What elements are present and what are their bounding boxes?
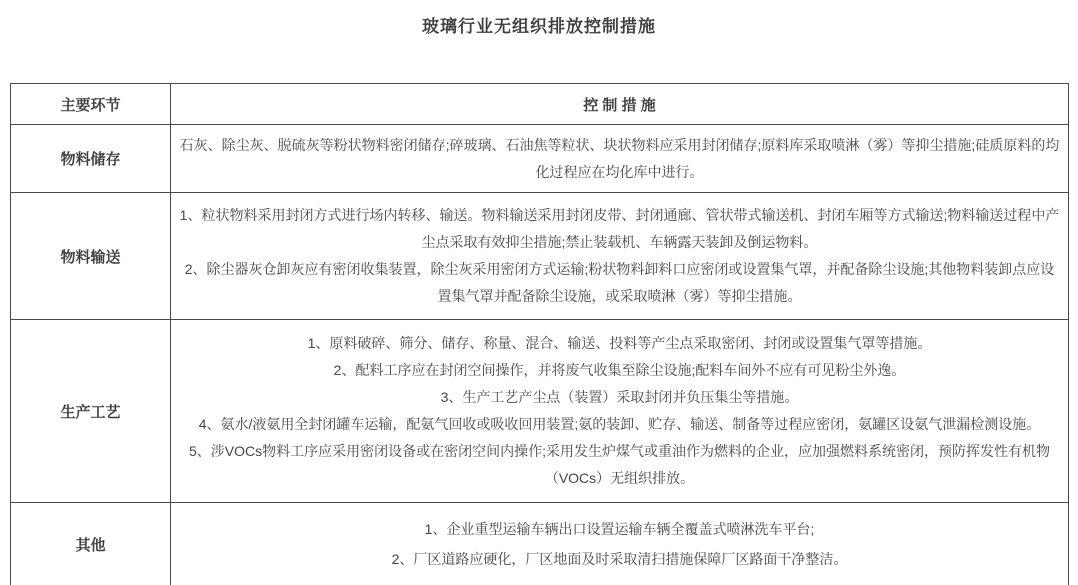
measure-text: 2、配料工序应在封闭空间操作，并将废气收集至除尘设施;配料车间外不应有可见粉尘外… — [179, 357, 1060, 384]
measure-text: 3、生产工艺产尘点（装置）采取封闭并负压集尘等措施。 — [179, 384, 1060, 411]
row-label-other: 其他 — [11, 503, 171, 585]
row-content-material-transport: 1、粒状物料采用封闭方式进行场内转移、输送。物料输送采用封闭皮带、封闭通廊、管状… — [171, 193, 1069, 320]
row-content-material-storage: 石灰、除尘灰、脱硫灰等粉状物料密闭储存;碎玻璃、石油焦等粒状、块状物料应采用封闭… — [171, 125, 1069, 193]
page-title: 玻璃行业无组织排放控制措施 — [10, 0, 1068, 37]
measure-text: 1、原料破碎、筛分、储存、称量、混合、输送、投料等产尘点采取密闭、封闭或设置集气… — [179, 330, 1060, 357]
row-label-material-transport: 物料输送 — [11, 193, 171, 320]
measure-text: 石灰、除尘灰、脱硫灰等粉状物料密闭储存;碎玻璃、石油焦等粒状、块状物料应采用封闭… — [179, 132, 1060, 186]
table-row-other: 其他 1、企业重型运输车辆出口设置运输车辆全覆盖式喷淋洗车平台; 2、厂区道路应… — [11, 503, 1069, 585]
measure-text: 5、涉VOCs物料工序应采用密闭设备或在密闭空间内操作;采用发生炉煤气或重油作为… — [179, 438, 1060, 492]
measure-text: 1、粒状物料采用封闭方式进行场内转移、输送。物料输送采用封闭皮带、封闭通廊、管状… — [179, 202, 1060, 256]
row-label-material-storage: 物料储存 — [11, 125, 171, 193]
table-row-material-storage: 物料储存 石灰、除尘灰、脱硫灰等粉状物料密闭储存;碎玻璃、石油焦等粒状、块状物料… — [11, 125, 1069, 193]
measure-text: 2、厂区道路应硬化，厂区地面及时采取清扫措施保障厂区路面干净整洁。 — [179, 544, 1060, 574]
control-measures-table: 主要环节 控 制 措 施 物料储存 石灰、除尘灰、脱硫灰等粉状物料密闭储存;碎玻… — [10, 83, 1069, 585]
measure-text: 1、企业重型运输车辆出口设置运输车辆全覆盖式喷淋洗车平台; — [179, 514, 1060, 544]
row-content-production-process: 1、原料破碎、筛分、储存、称量、混合、输送、投料等产尘点采取密闭、封闭或设置集气… — [171, 320, 1069, 503]
measure-text: 2、除尘器灰仓卸灰应有密闭收集装置，除尘灰采用密闭方式运输;粉状物料卸料口应密闭… — [179, 256, 1060, 310]
table-row-production-process: 生产工艺 1、原料破碎、筛分、储存、称量、混合、输送、投料等产尘点采取密闭、封闭… — [11, 320, 1069, 503]
header-control-measures: 控 制 措 施 — [171, 84, 1069, 125]
measure-text: 4、氨水/液氨用全封闭罐车运输，配氨气回收或吸收回用装置;氨的装卸、贮存、输送、… — [179, 411, 1060, 438]
table-row-material-transport: 物料输送 1、粒状物料采用封闭方式进行场内转移、输送。物料输送采用封闭皮带、封闭… — [11, 193, 1069, 320]
page: 玻璃行业无组织排放控制措施 主要环节 控 制 措 施 物料储存 石灰、除尘灰、脱… — [0, 0, 1078, 585]
row-content-other: 1、企业重型运输车辆出口设置运输车辆全覆盖式喷淋洗车平台; 2、厂区道路应硬化，… — [171, 503, 1069, 585]
header-main-step: 主要环节 — [11, 84, 171, 125]
row-label-production-process: 生产工艺 — [11, 320, 171, 503]
table-header-row: 主要环节 控 制 措 施 — [11, 84, 1069, 125]
